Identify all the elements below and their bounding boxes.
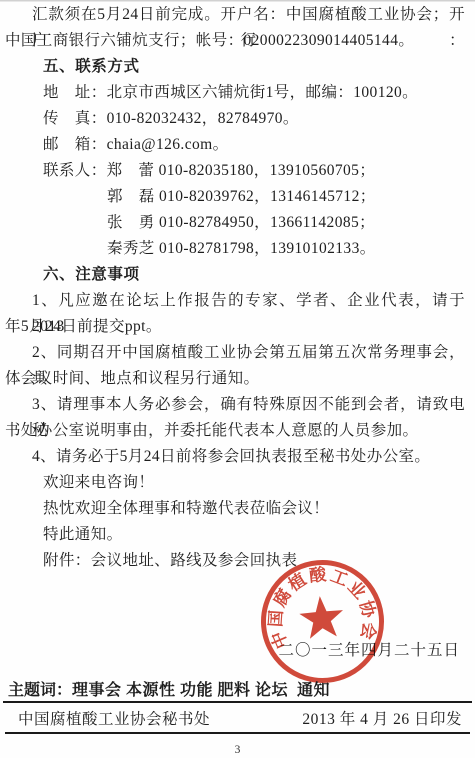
body-line: 2、同期召开中国腐植酸工业协会第五届第五次常务理事会，具 xyxy=(5,340,465,366)
body-line: 地 址：北京市西城区六铺炕街1号，邮编：100120。 xyxy=(5,80,465,106)
body-line: 中国工商银行六铺炕支行；帐号：0200022309014405144。 xyxy=(5,28,465,54)
keywords-label: 主题词： xyxy=(8,682,72,699)
footer-issuer: 中国腐植酸工业协会秘书处 xyxy=(18,710,210,729)
section-heading: 五、联系方式 xyxy=(5,54,465,80)
section-heading: 六、注意事项 xyxy=(5,262,465,288)
body-line: 体会议时间、地点和议程另行通知。 xyxy=(5,366,465,392)
footer-row: 中国腐植酸工业协会秘书处 2013 年 4 月 26 日印发 xyxy=(5,710,470,734)
body-line: 联系人：郑 蕾 010-82035180，13910560705； xyxy=(5,158,465,184)
body-text: 汇款须在5月24日前完成。开户名：中国腐植酸工业协会；开户行：中国工商银行六铺炕… xyxy=(5,2,465,664)
body-line: 3、请理事本人务必参会，确有特殊原因不能到会者，请致电秘 xyxy=(5,392,465,418)
body-line: 欢迎来电咨询！ xyxy=(5,470,465,496)
body-line: 4、请务必于5月24日前将参会回执表报至秘书处办公室。 xyxy=(5,444,465,470)
body-line: 郭 磊 010-82039762，13146145712； xyxy=(5,184,465,210)
body-line: 年5月24日前提交ppt。 xyxy=(5,314,465,340)
body-line: 秦秀芝 010-82781798，13910102133。 xyxy=(5,236,465,262)
seal-star xyxy=(298,594,345,639)
keywords-text: 理事会 本源性 功能 肥料 论坛 通知 xyxy=(72,682,330,699)
body-line: 传 真：010-82032432，82784970。 xyxy=(5,106,465,132)
footer-issue-date: 2013 年 4 月 26 日印发 xyxy=(302,710,462,729)
body-line: 1、凡应邀在论坛上作报告的专家、学者、企业代表，请于2013 xyxy=(5,288,465,314)
document-page: 汇款须在5月24日前完成。开户名：中国腐植酸工业协会；开户行：中国工商银行六铺炕… xyxy=(0,0,475,758)
body-line: 特此通知。 xyxy=(5,522,465,548)
body-line: 张 勇 010-82784950，13661142085； xyxy=(5,210,465,236)
body-line: 邮 箱：chaia@126.com。 xyxy=(5,132,465,158)
page-number: 3 xyxy=(0,743,475,757)
official-seal: 中国腐植酸工业协会 xyxy=(250,549,394,693)
body-line: 热忱欢迎全体理事和特邀代表莅临会议！ xyxy=(5,496,465,522)
date-line: 二〇一三年四月二十五日 xyxy=(5,638,465,664)
body-line: 附件：会议地址、路线及参会回执表 xyxy=(5,548,465,574)
keywords-row: 主题词：理事会 本源性 功能 肥料 论坛 通知 xyxy=(3,680,472,703)
document-footer-block: 主题词：理事会 本源性 功能 肥料 论坛 通知 中国腐植酸工业协会秘书处 201… xyxy=(0,680,475,757)
body-line: 汇款须在5月24日前完成。开户名：中国腐植酸工业协会；开户行： xyxy=(5,2,465,28)
body-line: 书处办公室说明事由，并委托能代表本人意愿的人员参加。 xyxy=(5,418,465,444)
